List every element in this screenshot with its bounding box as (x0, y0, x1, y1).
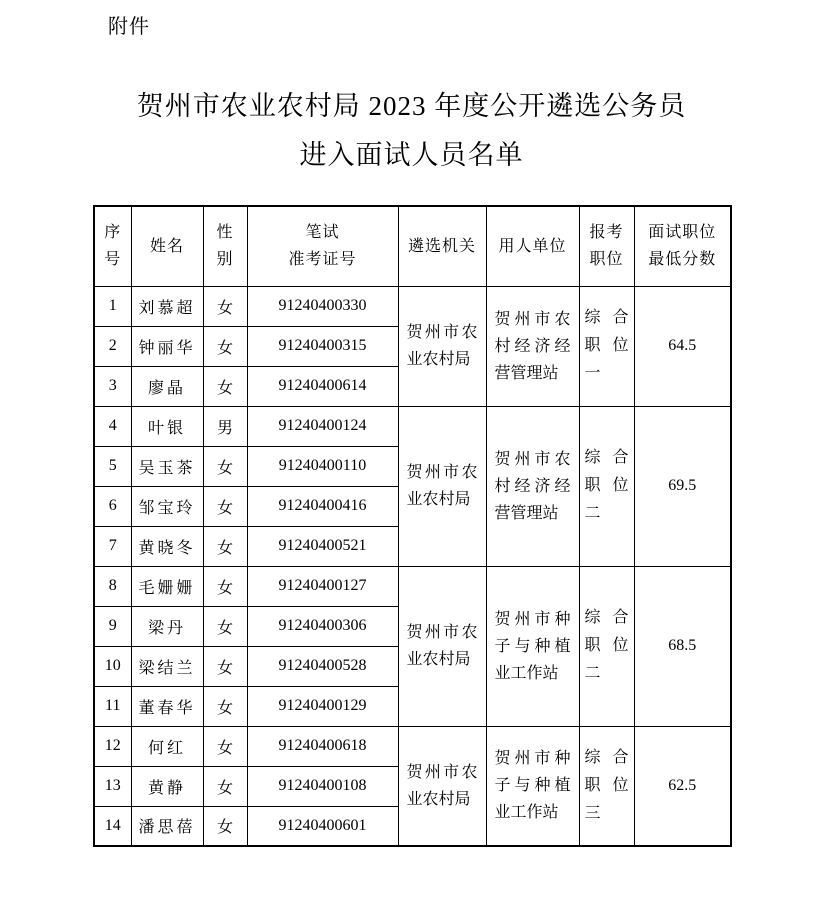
cell-gender: 女 (203, 326, 247, 366)
cell-position: 综合职位三 (579, 726, 634, 846)
cell-employer: 贺州市农村经济经营管理站 (486, 406, 579, 566)
cell-seq-no: 6 (94, 486, 131, 526)
col-header-agency: 遴选机关 (398, 206, 486, 286)
cell-seq-no: 11 (94, 686, 131, 726)
cell-seq-no: 8 (94, 566, 131, 606)
cell-seq-no: 4 (94, 406, 131, 446)
cell-gender: 女 (203, 806, 247, 846)
cell-name: 何红 (131, 726, 203, 766)
cell-name: 董春华 (131, 686, 203, 726)
table-row: 12何红女91240400618贺州市农业农村局贺州市种子与种植业工作站综合职位… (94, 726, 731, 766)
cell-gender: 女 (203, 646, 247, 686)
cell-agency: 贺州市农业农村局 (398, 406, 486, 566)
cell-name: 邹宝玲 (131, 486, 203, 526)
col-header-employer: 用人单位 (486, 206, 579, 286)
cell-name: 毛姗姗 (131, 566, 203, 606)
cell-seq-no: 9 (94, 606, 131, 646)
cell-ticket: 91240400601 (247, 806, 398, 846)
cell-gender: 女 (203, 366, 247, 406)
cell-ticket: 91240400614 (247, 366, 398, 406)
cell-name: 刘慕超 (131, 286, 203, 326)
cell-gender: 女 (203, 686, 247, 726)
cell-name: 潘思蓓 (131, 806, 203, 846)
cell-gender: 女 (203, 486, 247, 526)
cell-ticket: 91240400108 (247, 766, 398, 806)
cell-employer: 贺州市农村经济经营管理站 (486, 286, 579, 406)
cell-seq-no: 12 (94, 726, 131, 766)
cell-ticket: 91240400416 (247, 486, 398, 526)
cell-seq-no: 7 (94, 526, 131, 566)
cell-employer: 贺州市种子与种植业工作站 (486, 726, 579, 846)
cell-position: 综合职位二 (579, 566, 634, 726)
cell-seq-no: 14 (94, 806, 131, 846)
cell-seq-no: 1 (94, 286, 131, 326)
cell-seq-no: 13 (94, 766, 131, 806)
cell-gender: 女 (203, 766, 247, 806)
cell-seq-no: 10 (94, 646, 131, 686)
candidates-table: 序 号 姓名 性 别 笔试 准考证号 遴选机关 用人单位 报考 职位 面试职位 … (93, 205, 732, 847)
cell-gender: 女 (203, 606, 247, 646)
title-line-2: 进入面试人员名单 (93, 131, 730, 180)
cell-ticket: 91240400129 (247, 686, 398, 726)
cell-name: 黄静 (131, 766, 203, 806)
cell-name: 廖晶 (131, 366, 203, 406)
cell-name: 梁丹 (131, 606, 203, 646)
cell-ticket: 91240400315 (247, 326, 398, 366)
cell-ticket: 91240400528 (247, 646, 398, 686)
cell-agency: 贺州市农业农村局 (398, 566, 486, 726)
cell-gender: 女 (203, 286, 247, 326)
header-row: 序 号 姓名 性 别 笔试 准考证号 遴选机关 用人单位 报考 职位 面试职位 … (94, 206, 731, 286)
cell-ticket: 91240400110 (247, 446, 398, 486)
cell-ticket: 91240400124 (247, 406, 398, 446)
cell-ticket: 91240400618 (247, 726, 398, 766)
cell-seq-no: 3 (94, 366, 131, 406)
cell-min-score: 69.5 (634, 406, 731, 566)
cell-gender: 女 (203, 726, 247, 766)
cell-gender: 女 (203, 526, 247, 566)
cell-name: 吴玉茶 (131, 446, 203, 486)
col-header-seq-no: 序 号 (94, 206, 131, 286)
cell-employer: 贺州市种子与种植业工作站 (486, 566, 579, 726)
title-line-1: 贺州市农业农村局 2023 年度公开遴选公务员 (93, 82, 730, 131)
cell-name: 梁结兰 (131, 646, 203, 686)
cell-min-score: 62.5 (634, 726, 731, 846)
cell-name: 钟丽华 (131, 326, 203, 366)
cell-seq-no: 2 (94, 326, 131, 366)
col-header-position: 报考 职位 (579, 206, 634, 286)
cell-min-score: 64.5 (634, 286, 731, 406)
document-page: 附件 贺州市农业农村局 2023 年度公开遴选公务员 进入面试人员名单 序 号 … (0, 0, 828, 900)
attachment-label: 附件 (108, 10, 150, 39)
cell-position: 综合职位二 (579, 406, 634, 566)
table-row: 1刘慕超女91240400330贺州市农业农村局贺州市农村经济经营管理站综合职位… (94, 286, 731, 326)
cell-gender: 女 (203, 446, 247, 486)
cell-position: 综合职位一 (579, 286, 634, 406)
col-header-gender: 性 别 (203, 206, 247, 286)
cell-gender: 男 (203, 406, 247, 446)
cell-name: 叶银 (131, 406, 203, 446)
cell-agency: 贺州市农业农村局 (398, 726, 486, 846)
table-header: 序 号 姓名 性 别 笔试 准考证号 遴选机关 用人单位 报考 职位 面试职位 … (94, 206, 731, 286)
cell-gender: 女 (203, 566, 247, 606)
cell-ticket: 91240400306 (247, 606, 398, 646)
table-row: 8毛姗姗女91240400127贺州市农业农村局贺州市种子与种植业工作站综合职位… (94, 566, 731, 606)
page-title: 贺州市农业农村局 2023 年度公开遴选公务员 进入面试人员名单 (93, 82, 730, 180)
cell-ticket: 91240400330 (247, 286, 398, 326)
col-header-ticket: 笔试 准考证号 (247, 206, 398, 286)
col-header-minscore: 面试职位 最低分数 (634, 206, 731, 286)
cell-name: 黄晓冬 (131, 526, 203, 566)
cell-ticket: 91240400127 (247, 566, 398, 606)
cell-ticket: 91240400521 (247, 526, 398, 566)
table-row: 4叶银男91240400124贺州市农业农村局贺州市农村经济经营管理站综合职位二… (94, 406, 731, 446)
col-header-name: 姓名 (131, 206, 203, 286)
cell-agency: 贺州市农业农村局 (398, 286, 486, 406)
cell-min-score: 68.5 (634, 566, 731, 726)
cell-seq-no: 5 (94, 446, 131, 486)
table-body: 1刘慕超女91240400330贺州市农业农村局贺州市农村经济经营管理站综合职位… (94, 286, 731, 846)
